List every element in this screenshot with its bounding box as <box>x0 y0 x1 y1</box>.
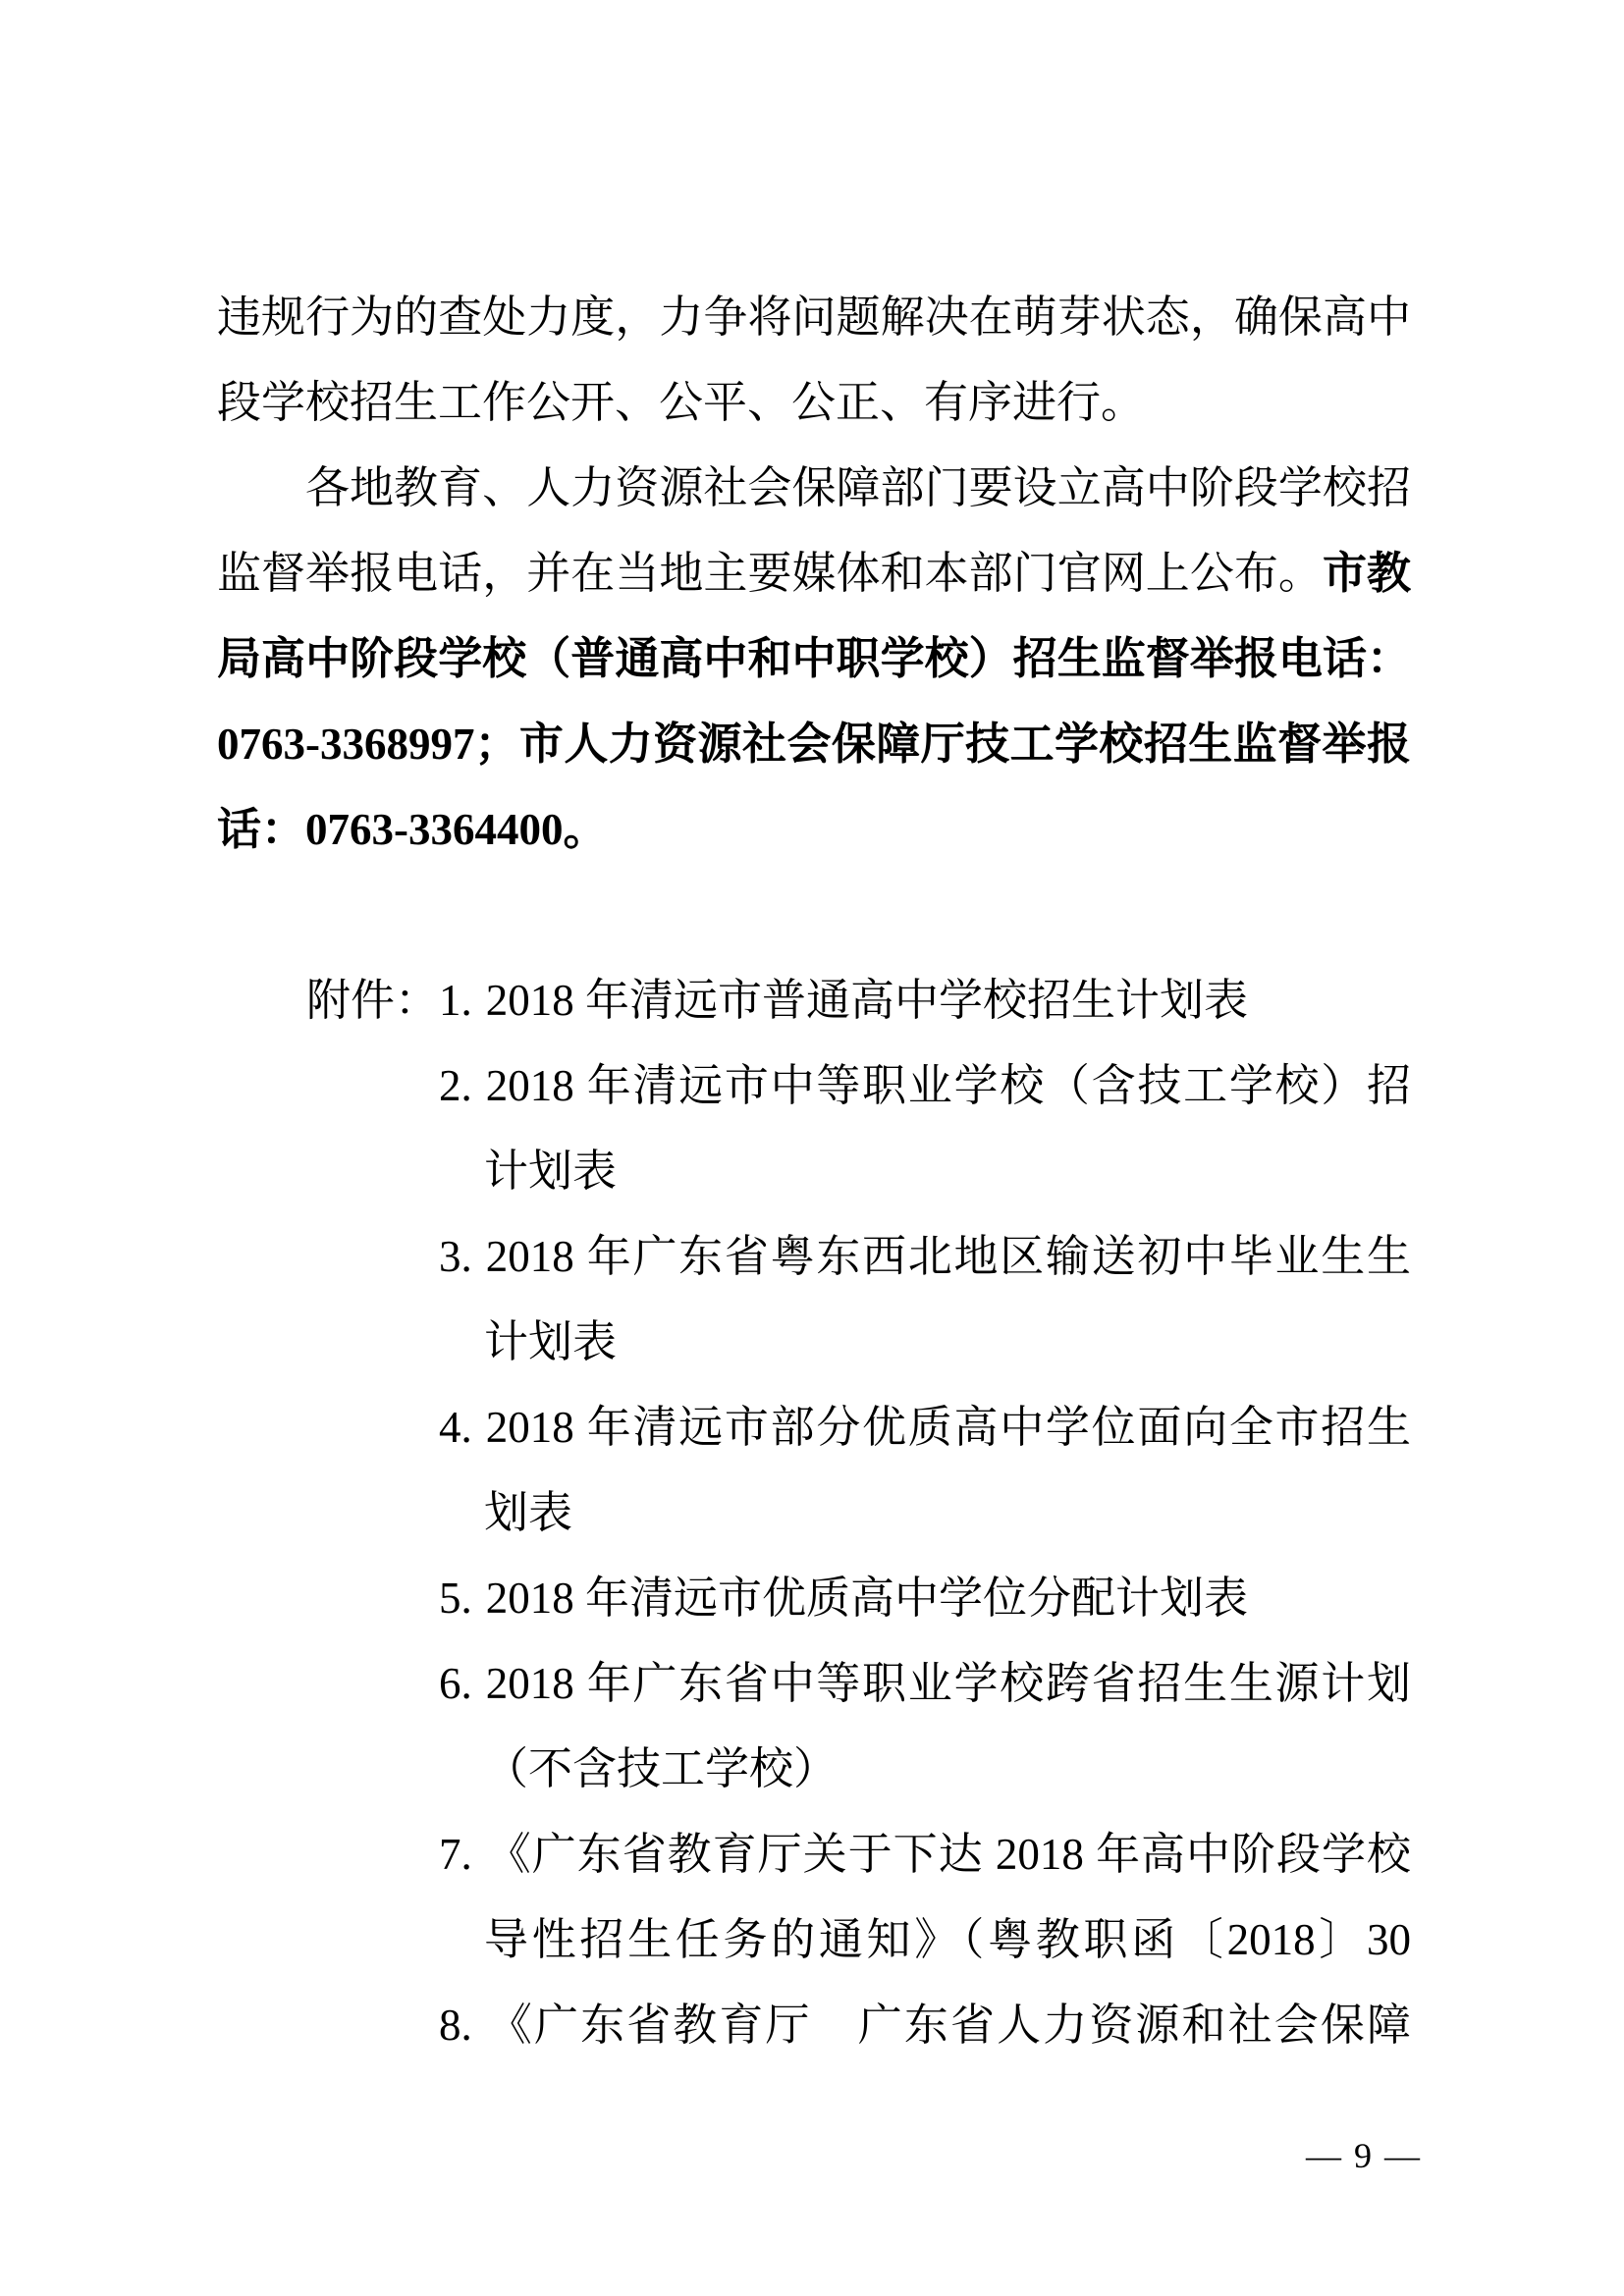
attachment-6-text-wrap: （不含技工学校） <box>484 1744 838 1793</box>
attachment-8-text: 《广东省教育厅 广东省人力资源和社会保障厅广 <box>439 2001 1411 2068</box>
attachment-1-text: 2018 年清远市普通高中学校招生计划表 <box>486 976 1248 1025</box>
paragraph2-line5-bold-text: 话：0763-3364400。 <box>217 805 608 854</box>
attachment-item-7-continuation: 导性招生任务的通知》（粤教职函〔2018〕30 号） <box>217 1897 1411 1983</box>
attachment-item-3: 3.2018 年广东省粤东西北地区输送初中毕业生生源 <box>217 1214 1411 1300</box>
attachment-item-2: 2.2018 年清远市中等职业学校（含技工学校）招生 <box>217 1043 1411 1129</box>
attachment-2-text: 2018 年清远市中等职业学校（含技工学校）招生 <box>439 1061 1411 1129</box>
attachment-6-text: 2018 年广东省中等职业学校跨省招生生源计划表 <box>439 1659 1411 1727</box>
attachment-2-number: 2. <box>439 1061 472 1110</box>
document-body: 违规行为的查处力度，力争将问题解决在萌芽状态，确保高中阶 段学校招生工作公开、公… <box>217 275 1411 2068</box>
paragraph2-line2: 监督举报电话，并在当地主要媒体和本部门官网上公布。市教育 <box>217 531 1411 616</box>
paragraph1-line2-text: 段学校招生工作公开、公平、公正、有序进行。 <box>217 378 1145 427</box>
paragraph1-line1-text: 违规行为的查处力度，力争将问题解决在萌芽状态，确保高中阶 <box>217 293 1411 360</box>
blank-line <box>217 873 1411 958</box>
attachment-item-8: 8.《广东省教育厅 广东省人力资源和社会保障厅广 <box>217 1983 1411 2068</box>
attachments-label: 附件： <box>306 958 439 1043</box>
attachment-3-number: 3. <box>439 1232 472 1281</box>
attachment-4-number: 4. <box>439 1403 472 1452</box>
paragraph2-line4: 0763-3368997；市人力资源社会保障厅技工学校招生监督举报电 <box>217 702 1411 787</box>
paragraph2-line3: 局高中阶段学校（普通高中和中职学校）招生监督举报电话： <box>217 616 1411 702</box>
attachment-8-number: 8. <box>439 2001 472 2050</box>
attachment-7-number: 7. <box>439 1830 472 1879</box>
attachment-4-text-wrap: 划表 <box>484 1488 572 1537</box>
attachment-3-text: 2018 年广东省粤东西北地区输送初中毕业生生源 <box>439 1232 1411 1300</box>
attachment-6-number: 6. <box>439 1659 472 1708</box>
attachment-item-4: 4.2018 年清远市部分优质高中学位面向全市招生计 <box>217 1385 1411 1470</box>
attachment-item-3-continuation: 计划表 <box>217 1300 1411 1385</box>
attachment-2-text-wrap: 计划表 <box>484 1147 617 1196</box>
attachment-item-6-continuation: （不含技工学校） <box>217 1727 1411 1812</box>
paragraph1-line2: 段学校招生工作公开、公平、公正、有序进行。 <box>217 360 1411 446</box>
attachment-7-text-wrap: 导性招生任务的通知》（粤教职函〔2018〕30 号） <box>484 1915 1411 1983</box>
paragraph2-line1: 各地教育、人力资源社会保障部门要设立高中阶段学校招生 <box>217 446 1411 531</box>
attachment-item-4-continuation: 划表 <box>217 1470 1411 1556</box>
attachment-7-text: 《广东省教育厅关于下达 2018 年高中阶段学校指 <box>439 1830 1411 1897</box>
paragraph2-line1-text: 各地教育、人力资源社会保障部门要设立高中阶段学校招生 <box>305 463 1411 531</box>
attachment-item-2-continuation: 计划表 <box>217 1129 1411 1214</box>
paragraph2-line2-regular-text: 监督举报电话，并在当地主要媒体和本部门官网上公布。 <box>217 549 1323 598</box>
attachment-3-text-wrap: 计划表 <box>484 1317 617 1366</box>
attachment-4-text: 2018 年清远市部分优质高中学位面向全市招生计 <box>439 1403 1411 1470</box>
attachment-5-text: 2018 年清远市优质高中学位分配计划表 <box>486 1574 1248 1623</box>
attachment-item-1: 附件：1.2018 年清远市普通高中学校招生计划表 <box>217 958 1411 1043</box>
attachment-item-5: 5.2018 年清远市优质高中学位分配计划表 <box>217 1556 1411 1641</box>
paragraph2-line4-bold-text: 0763-3368997；市人力资源社会保障厅技工学校招生监督举报电 <box>217 720 1411 787</box>
attachment-item-7: 7.《广东省教育厅关于下达 2018 年高中阶段学校指 <box>217 1812 1411 1897</box>
paragraph2-line5: 话：0763-3364400。 <box>217 787 1411 873</box>
paragraph2-line3-bold-text: 局高中阶段学校（普通高中和中职学校）招生监督举报电话： <box>217 634 1411 683</box>
attachment-1-number: 1. <box>439 976 472 1025</box>
attachment-5-number: 5. <box>439 1574 472 1623</box>
attachment-item-6: 6.2018 年广东省中等职业学校跨省招生生源计划表 <box>217 1641 1411 1727</box>
document-page: 违规行为的查处力度，力争将问题解决在萌芽状态，确保高中阶 段学校招生工作公开、公… <box>0 0 1624 2296</box>
page-number: — 9 — <box>1306 2136 1422 2175</box>
paragraph1-line1: 违规行为的查处力度，力争将问题解决在萌芽状态，确保高中阶 <box>217 275 1411 360</box>
